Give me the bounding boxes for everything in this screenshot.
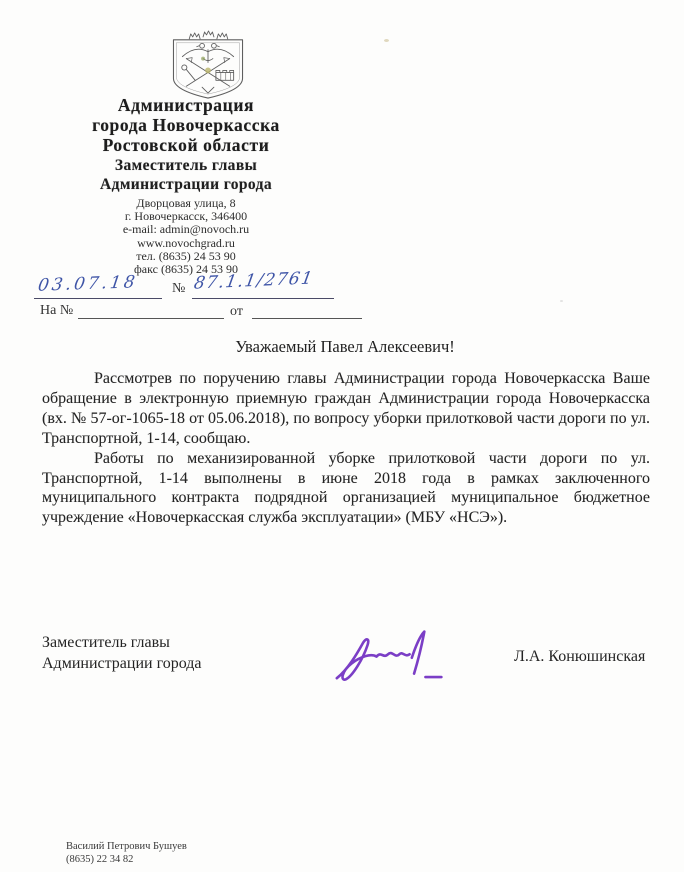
address-email: e-mail: admin@novoch.ru [28, 223, 344, 236]
signatory-position-line: Администрации города [42, 654, 202, 675]
scanned-letter-page: Администрация города Новочеркасска Росто… [0, 0, 684, 872]
reference-reply-row: На № от [40, 301, 340, 323]
letterhead-position: Заместитель главы Администрации города [28, 156, 344, 194]
scan-artifact [384, 39, 389, 42]
handwritten-outgoing-number: 87.1.1/2761 [192, 268, 315, 293]
position-line: Администрации города [28, 175, 344, 194]
number-underline [192, 298, 334, 299]
coat-of-arms-icon [158, 29, 258, 102]
letter-body: Рассмотрев по поручению главы Администра… [42, 369, 650, 528]
position-line: Заместитель главы [28, 156, 344, 175]
executor-phone: (8635) 22 34 82 [66, 854, 187, 867]
signatory-name: Л.А. Конюшинская [514, 648, 645, 666]
salutation: Уважаемый Павел Алексеевич! [42, 337, 648, 357]
reply-from-label: от [230, 304, 243, 320]
handwritten-date: 03.07.18 [37, 272, 139, 296]
letterhead-address: Дворцовая улица, 8 г. Новочеркасск, 3464… [28, 197, 344, 276]
handwritten-signature-icon [330, 625, 455, 700]
org-name-line: Ростовской области [28, 135, 344, 155]
org-name-line: Администрация [28, 95, 344, 115]
reply-date-underline [252, 318, 362, 319]
org-name-line: города Новочеркасска [28, 115, 344, 135]
reply-number-label: На № [40, 303, 73, 319]
signatory-position: Заместитель главы Администрации города [42, 633, 202, 674]
paragraph: Работы по механизированной уборке прилот… [42, 449, 650, 529]
address-website: www.novochgrad.ru [28, 237, 344, 250]
executor-name: Василий Петрович Бушуев [66, 841, 187, 854]
scan-artifact [560, 300, 563, 302]
number-sign-label: № [172, 281, 185, 297]
reference-date-row: 03.07.18 № 87.1.1/2761 [34, 274, 334, 304]
reply-number-underline [78, 318, 224, 319]
executor-contact: Василий Петрович Бушуев (8635) 22 34 82 [66, 841, 187, 866]
signatory-position-line: Заместитель главы [42, 633, 202, 654]
letterhead-org-name: Администрация города Новочеркасска Росто… [28, 95, 344, 155]
paragraph: Рассмотрев по поручению главы Администра… [42, 369, 650, 449]
date-underline [34, 298, 162, 299]
